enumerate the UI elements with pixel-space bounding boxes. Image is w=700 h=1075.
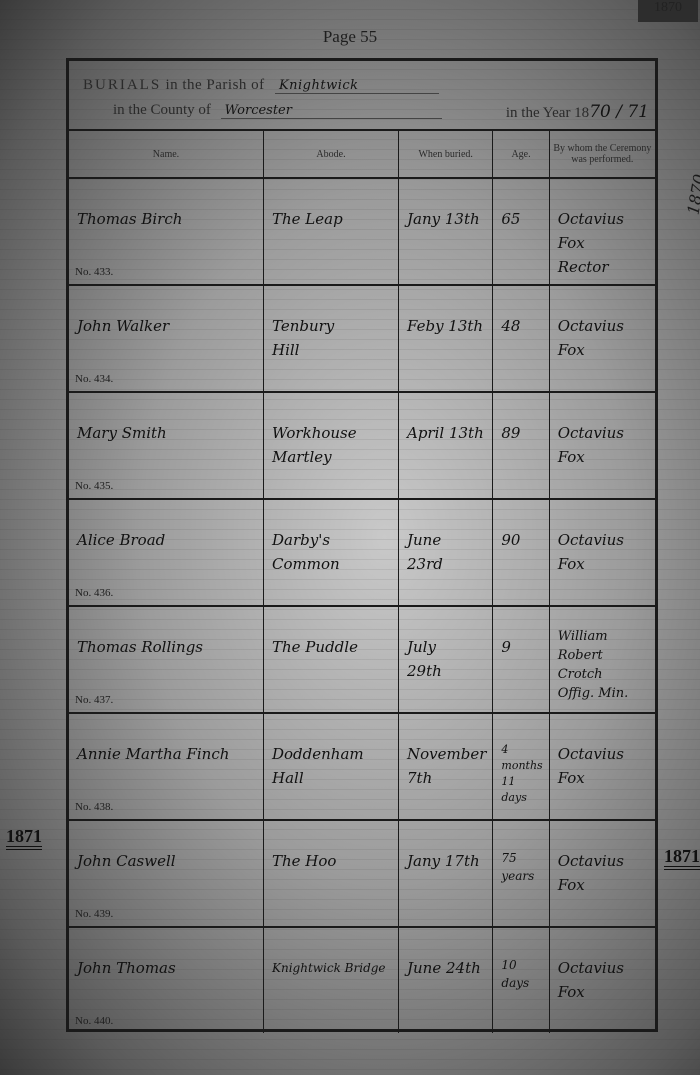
cell-officiant: Octavius Fox [549,499,655,606]
entry-name: John Walker [69,286,263,338]
cell-name: Thomas BirchNo. 433. [69,178,264,285]
entry-age: 48 [493,286,548,338]
entry-number: No. 435. [75,480,113,492]
cell-when: July 29th [399,606,493,713]
entry-number: No. 437. [75,694,113,706]
entry-officiant: Octavius Fox [550,928,655,1004]
cell-abode: Doddenham Hall [264,713,399,820]
cell-name: Annie Martha FinchNo. 438. [69,713,264,820]
entry-officiant: Octavius Fox [550,500,655,576]
entry-age: 65 [493,179,548,231]
table-row: Annie Martha FinchNo. 438. Doddenham Hal… [69,713,655,820]
cell-age: 90 [493,499,549,606]
county-value: Worcester [221,103,442,119]
entry-abode: Darby's Common [264,500,398,576]
cell-age: 65 [493,178,549,285]
column-header-name: Name. [69,130,264,178]
county-label: in the County of [113,102,211,118]
entry-number: No. 433. [75,266,113,278]
entry-abode: The Puddle [264,607,398,659]
cell-age: 4 months 11 days [493,713,549,820]
table-row: John CaswellNo. 439. The Hoo Jany 17th 7… [69,820,655,927]
cell-age: 89 [493,392,549,499]
entry-when: Jany 13th [399,179,492,231]
column-header-officiant: By whom the Ceremony was performed. [549,130,655,178]
cell-when: November 7th [399,713,493,820]
entry-name: Alice Broad [69,500,263,552]
entry-when: April 13th [399,393,492,445]
year-marker-1871-right: 1871 [664,846,700,870]
cell-when: June 23rd [399,499,493,606]
cell-name: Mary SmithNo. 435. [69,392,264,499]
entry-number: No. 438. [75,801,113,813]
entry-number: No. 439. [75,908,113,920]
entry-name: Thomas Rollings [69,607,263,659]
entry-officiant: Octavius Fox [550,286,655,362]
entry-number: No. 440. [75,1015,113,1027]
cell-when: June 24th [399,927,493,1033]
entry-officiant: Octavius Fox [550,821,655,897]
burial-table: Name. Abode. When buried. Age. By whom t… [69,129,655,1033]
entry-abode: The Leap [264,179,398,231]
burial-register: BURIALS in the Parish of Knightwick in t… [66,58,658,1032]
entry-when: June 24th [399,928,492,980]
table-row: John ThomasNo. 440. Knightwick Bridge Ju… [69,927,655,1033]
entry-officiant: Octavius Fox [550,714,655,790]
cell-name: Alice BroadNo. 436. [69,499,264,606]
entry-when: Feby 13th [399,286,492,338]
burials-heading: BURIALS [83,77,161,93]
entry-officiant: Octavius Fox [550,393,655,469]
cell-officiant: Octavius Fox [549,927,655,1033]
entry-abode: Knightwick Bridge [264,928,398,980]
table-row: Alice BroadNo. 436. Darby's Common June … [69,499,655,606]
cell-officiant: Octavius Fox [549,820,655,927]
cell-abode: Workhouse Martley [264,392,399,499]
cell-officiant: William Robert Crotch Offig. Min. [549,606,655,713]
cell-officiant: Octavius Fox [549,285,655,392]
entry-age: 9 [493,607,548,659]
cell-when: Jany 17th [399,820,493,927]
cell-when: Feby 13th [399,285,493,392]
cell-age: 9 [493,606,549,713]
side-year-1870: 1870 [683,173,700,216]
cell-abode: The Puddle [264,606,399,713]
entry-age: 4 months 11 days [493,714,548,806]
entry-abode: Doddenham Hall [264,714,398,790]
table-row: Thomas RollingsNo. 437. The Puddle July … [69,606,655,713]
column-header-when-buried: When buried. [399,130,493,178]
cell-age: 48 [493,285,549,392]
entry-number: No. 434. [75,373,113,385]
entry-abode: The Hoo [264,821,398,873]
year-label: in the Year 18 [506,105,589,121]
entry-age: 90 [493,500,548,552]
entry-when: June 23rd [399,500,492,576]
cell-age: 10 days [493,927,549,1033]
entry-number: No. 436. [75,587,113,599]
entry-age: 10 days [493,928,548,992]
parish-label: in the Parish of [165,77,264,93]
entry-name: Thomas Birch [69,179,263,231]
cell-officiant: Octavius Fox [549,392,655,499]
cell-age: 75 years [493,820,549,927]
cell-name: John WalkerNo. 434. [69,285,264,392]
county-line: in the County of Worcester [113,102,442,119]
cell-name: Thomas RollingsNo. 437. [69,606,264,713]
cell-abode: Knightwick Bridge [264,927,399,1033]
entry-abode: Workhouse Martley [264,393,398,469]
table-row: Thomas BirchNo. 433. The Leap Jany 13th … [69,178,655,285]
year-value: 70 / 71 [589,102,649,122]
cell-name: John ThomasNo. 440. [69,927,264,1033]
corner-year-label: 1870 [638,0,698,22]
entry-officiant: William Robert Crotch Offig. Min. [550,607,655,703]
entry-name: Annie Martha Finch [69,714,263,766]
table-row: John WalkerNo. 434. Tenbury Hill Feby 13… [69,285,655,392]
table-header-row: Name. Abode. When buried. Age. By whom t… [69,130,655,178]
cell-name: John CaswellNo. 439. [69,820,264,927]
register-title: BURIALS in the Parish of Knightwick in t… [69,61,655,129]
entry-age: 75 years [493,821,548,885]
cell-officiant: Octavius Fox Rector [549,178,655,285]
entry-when: Jany 17th [399,821,492,873]
cell-when: April 13th [399,392,493,499]
cell-abode: Darby's Common [264,499,399,606]
cell-when: Jany 13th [399,178,493,285]
column-header-age: Age. [493,130,549,178]
entry-when: November 7th [399,714,492,790]
entry-name: Mary Smith [69,393,263,445]
page-number: Page 55 [0,27,700,47]
column-header-abode: Abode. [264,130,399,178]
entry-officiant: Octavius Fox Rector [550,179,655,279]
year-marker-1871-left: 1871 [6,826,42,850]
cell-abode: The Leap [264,178,399,285]
parish-value: Knightwick [275,78,439,94]
cell-abode: Tenbury Hill [264,285,399,392]
entry-abode: Tenbury Hill [264,286,398,362]
year-line: in the Year 1870 / 71 [506,102,649,122]
cell-abode: The Hoo [264,820,399,927]
table-row: Mary SmithNo. 435. Workhouse Martley Apr… [69,392,655,499]
entry-when: July 29th [399,607,492,683]
parish-line: BURIALS in the Parish of Knightwick [83,77,439,94]
cell-officiant: Octavius Fox [549,713,655,820]
entry-name: John Thomas [69,928,263,980]
entry-name: John Caswell [69,821,263,873]
entry-age: 89 [493,393,548,445]
